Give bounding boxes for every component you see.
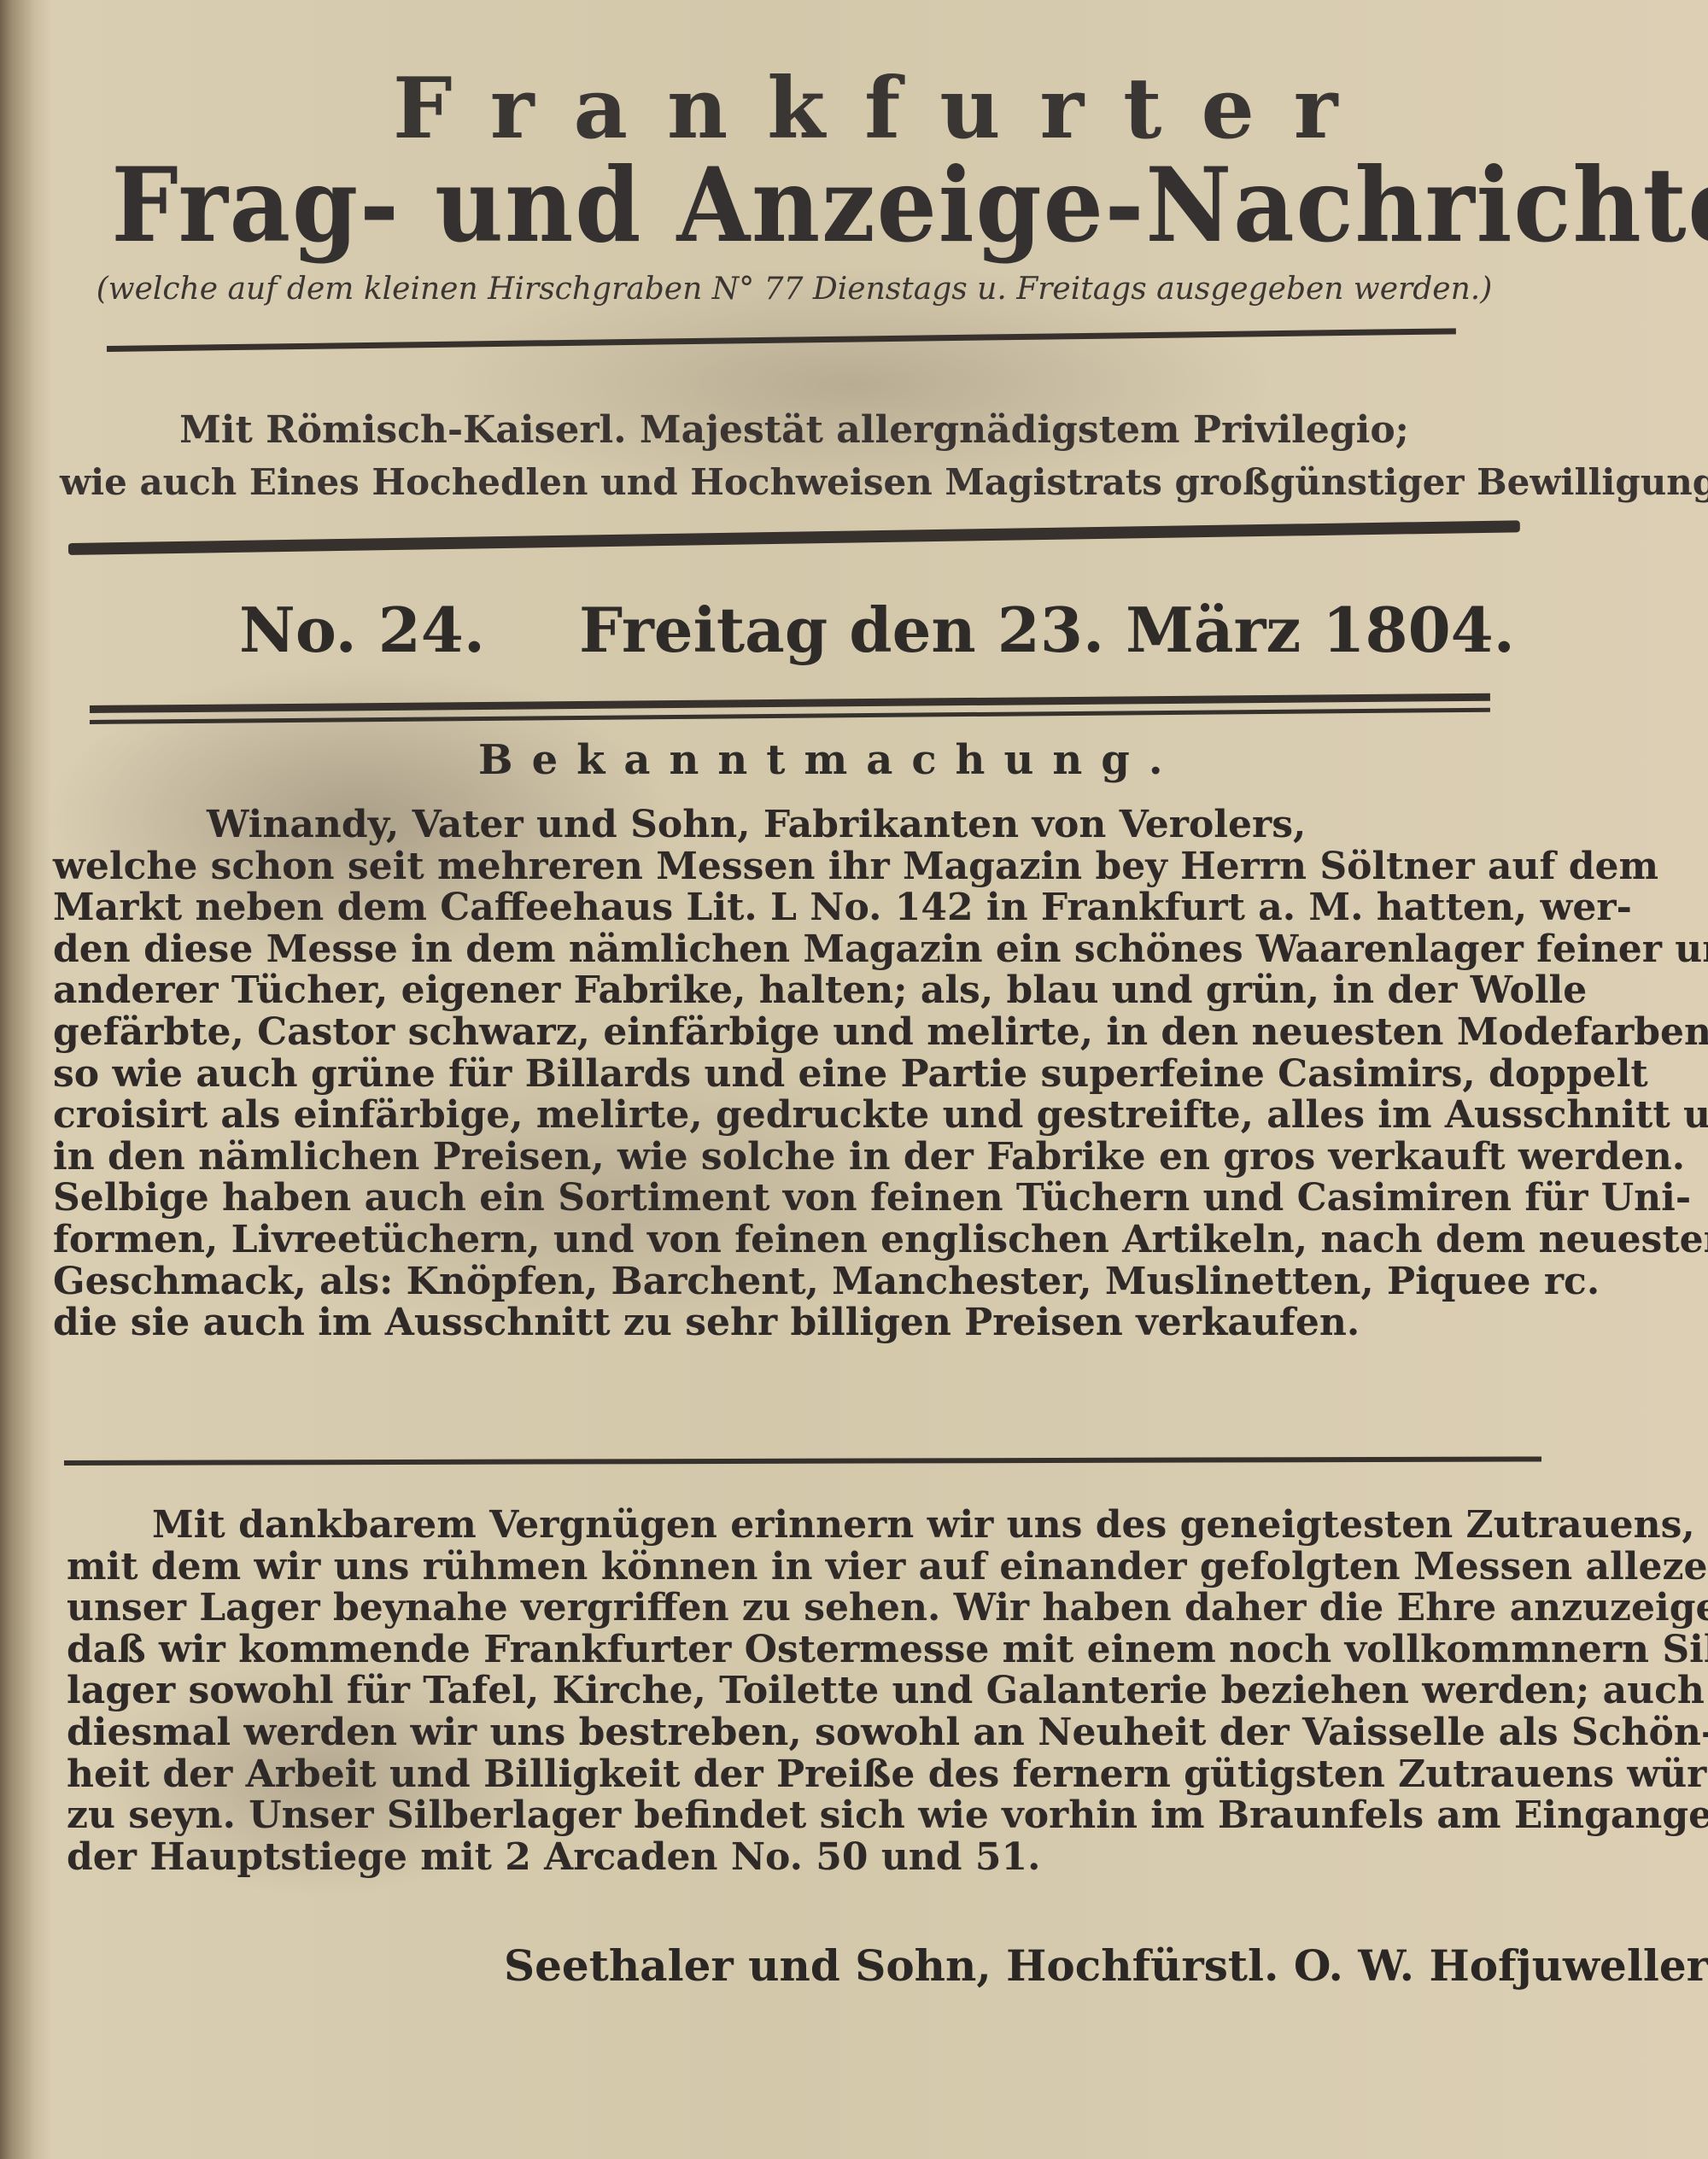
text-line: in den nämlichen Preisen, wie solche in … bbox=[53, 1137, 1539, 1179]
text-line: croisirt als einfärbige, melirte, gedruc… bbox=[53, 1095, 1539, 1137]
issue-number: No. 24. bbox=[239, 594, 485, 666]
privilege-line-1: Mit Römisch-Kaiserl. Majestät allergnädi… bbox=[162, 408, 1426, 452]
text-line: gefärbte, Castor schwarz, einfärbige und… bbox=[53, 1012, 1539, 1054]
text-line: mit dem wir uns rühmen können in vier au… bbox=[67, 1547, 1544, 1589]
text-line: Winandy, Vater und Sohn, Fabrikanten von… bbox=[53, 805, 1539, 846]
issue-line: No. 24. Freitag den 23. März 1804. bbox=[239, 594, 1435, 666]
masthead-subtitle: (welche auf dem kleinen Hirschgraben N° … bbox=[77, 272, 1512, 307]
text-line: der Hauptstiege mit 2 Arcaden No. 50 und… bbox=[67, 1837, 1544, 1879]
text-line: Mit dankbarem Vergnügen erinnern wir uns… bbox=[67, 1505, 1544, 1547]
text-line: daß wir kommende Frankfurter Ostermesse … bbox=[67, 1629, 1544, 1671]
text-line: diesmal werden wir uns bestreben, sowohl… bbox=[67, 1712, 1544, 1754]
announcement-seethaler: Mit dankbarem Vergnügen erinnern wir uns… bbox=[67, 1505, 1544, 1878]
text-line: so wie auch grüne für Billards und eine … bbox=[53, 1054, 1539, 1096]
announcement-heading: Bekanntmachung. bbox=[478, 736, 1076, 784]
text-line: zu seyn. Unser Silberlager befindet sich… bbox=[67, 1795, 1544, 1837]
privilege-line-2: wie auch Eines Hochedlen und Hochweisen … bbox=[60, 461, 1537, 503]
issue-date: Freitag den 23. März 1804. bbox=[579, 594, 1515, 666]
text-line: heit der Arbeit und Billigkeit der Preiß… bbox=[67, 1754, 1544, 1796]
announcement-winandy: Winandy, Vater und Sohn, Fabrikanten von… bbox=[53, 805, 1539, 1344]
text-line: welche schon seit mehreren Messen ihr Ma… bbox=[53, 846, 1539, 888]
text-line: die sie auch im Ausschnitt zu sehr billi… bbox=[53, 1302, 1539, 1344]
text-line: Markt neben dem Caffeehaus Lit. L No. 14… bbox=[53, 887, 1539, 929]
text-line: den diese Messe in dem nämlichen Magazin… bbox=[53, 929, 1539, 971]
text-line: formen, Livreetüchern, und von feinen en… bbox=[53, 1220, 1539, 1261]
text-line: Selbige haben auch ein Sortiment von fei… bbox=[53, 1178, 1539, 1220]
signature: Seethaler und Sohn, Hochfürstl. O. W. Ho… bbox=[504, 1940, 1546, 1991]
masthead-city: Frankfurter bbox=[393, 60, 1161, 158]
text-line: unser Lager beynahe vergriffen zu sehen.… bbox=[67, 1588, 1544, 1629]
masthead-title: Frag- und Anzeige-Nachrichten, bbox=[111, 145, 1494, 266]
text-line: anderer Tücher, eigener Fabrike, halten;… bbox=[53, 970, 1539, 1012]
book-binding-edge bbox=[0, 0, 34, 2159]
text-line: Geschmack, als: Knöpfen, Barchent, Manch… bbox=[53, 1261, 1539, 1303]
text-line: lager sowohl für Tafel, Kirche, Toilette… bbox=[67, 1670, 1544, 1712]
